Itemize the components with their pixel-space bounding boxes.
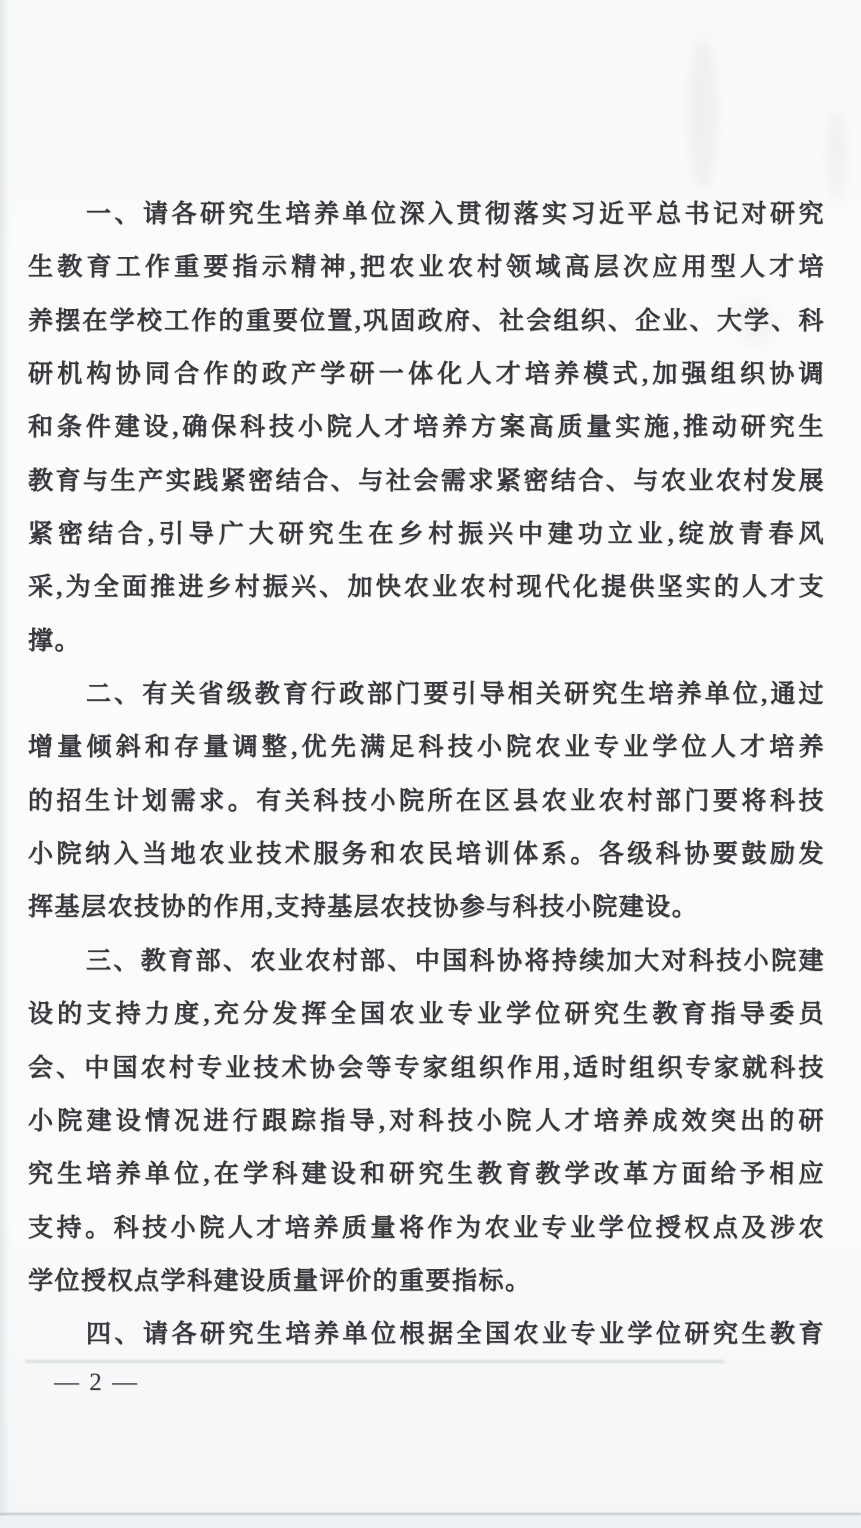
text-line: 四、请各研究生培养单位根据全国农业专业学位研究生教育 bbox=[28, 1308, 825, 1361]
scan-smudge bbox=[690, 40, 716, 190]
page-number: — 2 — bbox=[54, 1366, 139, 1400]
text-line: 的招生计划需求。有关科技小院所在区县农业农村部门要将科技 bbox=[28, 775, 825, 828]
text-line: 和条件建设,确保科技小院人才培养方案高质量实施,推动研究生 bbox=[28, 401, 825, 454]
text-line: 支持。科技小院人才培养质量将作为农业专业学位授权点及涉农 bbox=[28, 1202, 825, 1255]
paragraph-4: 四、请各研究生培养单位根据全国农业专业学位研究生教育 bbox=[28, 1308, 825, 1361]
text-line: 三、教育部、农业农村部、中国科协将持续加大对科技小院建 bbox=[28, 935, 825, 988]
text-line: 紧密结合,引导广大研究生在乡村振兴中建功立业,绽放青春风 bbox=[28, 508, 825, 561]
document-page: 一、请各研究生培养单位深入贯彻落实习近平总书记对研究 生教育工作重要指示精神,把… bbox=[0, 0, 861, 1528]
text-line: 养摆在学校工作的重要位置,巩固政府、社会组织、企业、大学、科 bbox=[28, 295, 825, 348]
text-line: 撑。 bbox=[28, 615, 825, 668]
scan-smudge bbox=[828, 110, 846, 200]
document-body: 一、请各研究生培养单位深入贯彻落实习近平总书记对研究 生教育工作重要指示精神,把… bbox=[28, 188, 825, 1362]
text-line: 会、中国农村专业技术协会等专家组织作用,适时组织专家就科技 bbox=[28, 1042, 825, 1095]
text-line: 研机构协同合作的政产学研一体化人才培养模式,加强组织协调 bbox=[28, 348, 825, 401]
text-line: 究生培养单位,在学科建设和研究生教育教学改革方面给予相应 bbox=[28, 1148, 825, 1201]
scan-streak bbox=[25, 1360, 725, 1363]
text-line: 教育与生产实践紧密结合、与社会需求紧密结合、与农业农村发展 bbox=[28, 455, 825, 508]
text-line: 设的支持力度,充分发挥全国农业专业学位研究生教育指导委员 bbox=[28, 988, 825, 1041]
scan-edge-shadow bbox=[0, 0, 10, 1528]
text-line: 增量倾斜和存量调整,优先满足科技小院农业专业学位人才培养 bbox=[28, 721, 825, 774]
text-line: 挥基层农技协的作用,支持基层农技协参与科技小院建设。 bbox=[28, 881, 825, 934]
text-line: 学位授权点学科建设质量评价的重要指标。 bbox=[28, 1255, 825, 1308]
text-line: 一、请各研究生培养单位深入贯彻落实习近平总书记对研究 bbox=[28, 188, 825, 241]
paragraph-1: 一、请各研究生培养单位深入贯彻落实习近平总书记对研究 生教育工作重要指示精神,把… bbox=[28, 188, 825, 668]
text-line: 小院建设情况进行跟踪指导,对科技小院人才培养成效突出的研 bbox=[28, 1095, 825, 1148]
paragraph-3: 三、教育部、农业农村部、中国科协将持续加大对科技小院建 设的支持力度,充分发挥全… bbox=[28, 935, 825, 1308]
text-line: 二、有关省级教育行政部门要引导相关研究生培养单位,通过 bbox=[28, 668, 825, 721]
text-line: 生教育工作重要指示精神,把农业农村领域高层次应用型人才培 bbox=[28, 241, 825, 294]
paragraph-2: 二、有关省级教育行政部门要引导相关研究生培养单位,通过 增量倾斜和存量调整,优先… bbox=[28, 668, 825, 935]
scan-bottom-edge bbox=[0, 1516, 861, 1528]
scan-streak bbox=[0, 1513, 861, 1515]
text-line: 小院纳入当地农业技术服务和农民培训体系。各级科协要鼓励发 bbox=[28, 828, 825, 881]
text-line: 采,为全面推进乡村振兴、加快农业农村现代化提供坚实的人才支 bbox=[28, 561, 825, 614]
